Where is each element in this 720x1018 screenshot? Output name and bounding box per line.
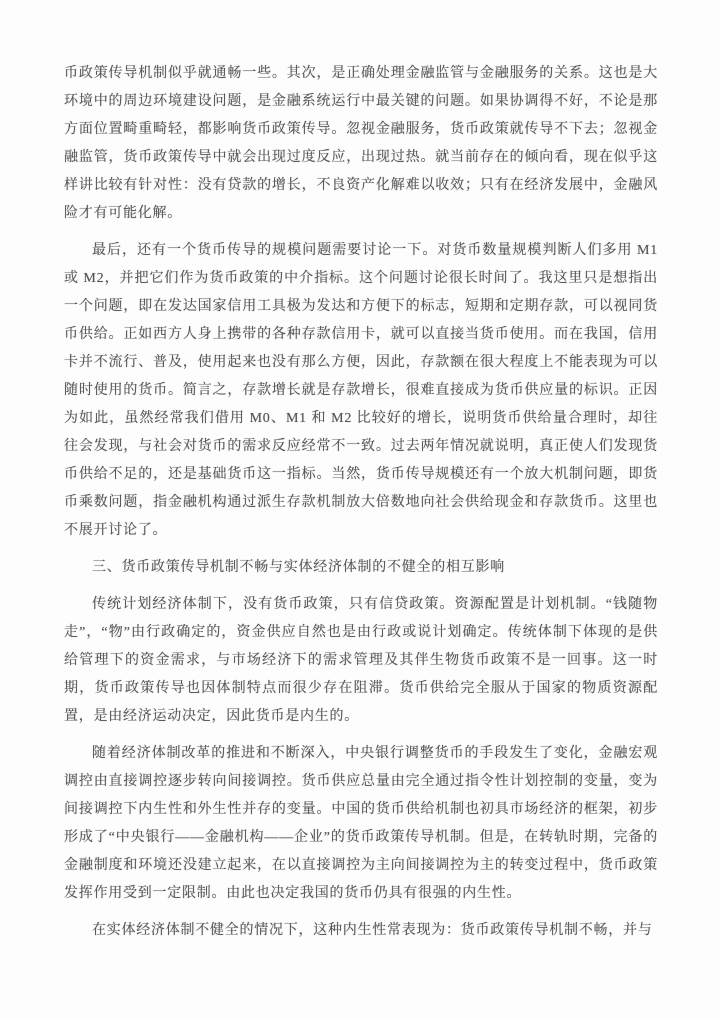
- body-paragraph: 随着经济体制改革的推进和不断深入，中央银行调整货币的手段发生了变化，金融宏观调控…: [64, 740, 658, 908]
- body-paragraph: 最后，还有一个货币传导的规模问题需要讨论一下。对货币数量规模判断人们多用 M1 …: [64, 237, 658, 545]
- document-text-block: 币政策传导机制似乎就通畅一些。其次，是正确处理金融监管与金融服务的关系。这也是大…: [64, 60, 658, 945]
- document-page: 币政策传导机制似乎就通畅一些。其次，是正确处理金融监管与金融服务的关系。这也是大…: [0, 0, 720, 1018]
- body-paragraph: 传统计划经济体制下，没有货币政策，只有信贷政策。资源配置是计划机制。“钱随物走”…: [64, 591, 658, 731]
- section-heading: 三、货币政策传导机制不畅与实体经济体制的不健全的相互影响: [64, 554, 658, 582]
- body-paragraph-incomplete: 在实体经济体制不健全的情况下，这种内生性常表现为：货币政策传导机制不畅，并与: [64, 917, 658, 945]
- body-paragraph-continuation: 币政策传导机制似乎就通畅一些。其次，是正确处理金融监管与金融服务的关系。这也是大…: [64, 60, 658, 228]
